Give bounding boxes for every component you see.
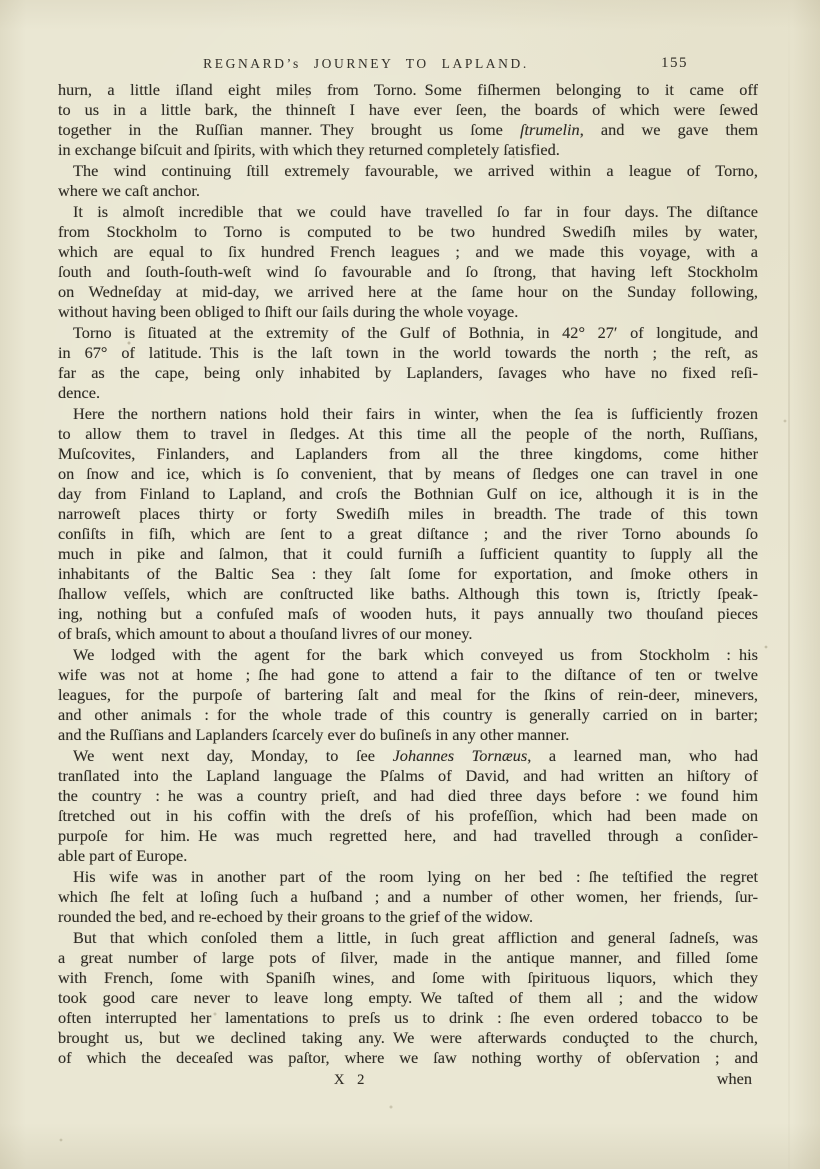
paragraph: We went next day, Monday, to ſee Johanne… <box>58 746 758 866</box>
text-segment: and the Ruſſians and Laplanders ſcarcely… <box>58 725 569 744</box>
text-segment: able part of Europe. <box>58 846 187 865</box>
italic-text: ſtrumelin <box>520 120 580 139</box>
text-line: dence. <box>58 383 758 403</box>
text-segment: , and we gave them <box>580 120 758 139</box>
text-segment: ſouth and ſouth-ſouth-weſt wind ſo favou… <box>58 262 758 281</box>
text-line: ing, nothing but a confuſed maſs of wood… <box>58 604 758 624</box>
paragraph: The wind continuing ſtill extremely favo… <box>58 161 758 201</box>
text-line: The wind continuing ſtill extremely favo… <box>58 161 758 181</box>
text-segment: Muſcovites, Finlanders, and Laplanders f… <box>58 444 758 463</box>
paper-speckles <box>0 0 2 2</box>
paragraph: It is almoſt incredible that we could ha… <box>58 202 758 322</box>
text-segment: of braſs, which amount to about a thouſa… <box>58 624 472 643</box>
text-line: from Stockholm to Torno is computed to b… <box>58 222 758 242</box>
text-segment: But that which conſoled them a little, i… <box>73 928 758 947</box>
text-segment: much in pike and ſalmon, that it could f… <box>58 544 758 563</box>
text-line: ſtretched out in his coffin with the dre… <box>58 806 758 826</box>
text-line: brought us, but we declined taking any. … <box>58 1028 758 1048</box>
text-segment: It is almoſt incredible that we could ha… <box>73 202 758 221</box>
text-line: We went next day, Monday, to ſee Johanne… <box>58 746 758 766</box>
text-line: a great number of large pots of ſilver, … <box>58 948 758 968</box>
text-segment: leagues, for the purpoſe of bartering ſa… <box>58 685 758 704</box>
text-block: hurn, a little iſland eight miles from T… <box>58 80 758 1089</box>
text-line: It is almoſt incredible that we could ha… <box>58 202 758 222</box>
text-segment: rounded the bed, and re-echoed by their … <box>58 907 533 926</box>
text-line: We lodged with the agent for the bark wh… <box>58 645 758 665</box>
text-segment: His wife was in another part of the room… <box>73 867 758 886</box>
text-segment: day from Finland to Lapland, and croſs t… <box>58 484 758 503</box>
paragraph: His wife was in another part of the room… <box>58 867 758 927</box>
italic-text: Johannes Tornæus <box>393 746 528 765</box>
text-line: day from Finland to Lapland, and croſs t… <box>58 484 758 504</box>
text-line: which ſhe felt at loſing ſuch a huſband … <box>58 887 758 907</box>
text-line: able part of Europe. <box>58 846 758 866</box>
signature-line: X 2 when <box>58 1069 758 1089</box>
text-segment: which ſhe felt at loſing ſuch a huſband … <box>58 887 758 906</box>
text-segment: ſtretched out in his coffin with the dre… <box>58 806 758 825</box>
text-segment: purpoſe for him. He was much regretted h… <box>58 826 758 845</box>
text-segment: Here the northern nations hold their fai… <box>73 404 758 423</box>
text-line: much in pike and ſalmon, that it could f… <box>58 544 758 564</box>
text-segment: ſhallow veſſels, which are conſtructed l… <box>58 584 758 603</box>
text-line: purpoſe for him. He was much regretted h… <box>58 826 758 846</box>
text-segment: We went next day, Monday, to ſee <box>73 746 393 765</box>
text-line: far as the cape, being only inhabited by… <box>58 363 758 383</box>
text-segment: in 67° of latitude. This is the laſt tow… <box>58 343 758 362</box>
signature-mark: X 2 <box>334 1070 366 1090</box>
text-segment: of which the deceaſed was paſtor, where … <box>58 1048 758 1067</box>
text-segment: without having been obliged to ſhift our… <box>58 302 518 321</box>
paragraph: We lodged with the agent for the bark wh… <box>58 645 758 745</box>
text-line: Torno is ſituated at the extremity of th… <box>58 323 758 343</box>
text-segment: brought us, but we declined taking any. … <box>58 1028 758 1047</box>
text-segment: inhabitants of the Baltic Sea : they ſal… <box>58 564 758 583</box>
text-segment: with French, ſome with Spaniſh wines, an… <box>58 968 758 987</box>
text-line: often interrupted her lamentations to pr… <box>58 1008 758 1028</box>
text-segment: narroweſt places thirty or forty Swediſh… <box>58 504 758 523</box>
paragraph: Here the northern nations hold their fai… <box>58 404 758 644</box>
text-line: and other animals : for the whole trade … <box>58 705 758 725</box>
text-segment: wife was not at home ; ſhe had gone to a… <box>58 665 758 684</box>
text-segment: which are equal to ſix hundred French le… <box>58 242 758 261</box>
page-number: 155 <box>661 55 711 72</box>
text-line: tranſlated into the Lapland language the… <box>58 766 758 786</box>
text-line: took good care never to leave long empty… <box>58 988 758 1008</box>
text-segment: from Stockholm to Torno is computed to b… <box>58 222 758 241</box>
text-line: But that which conſoled them a little, i… <box>58 928 758 948</box>
text-segment: to allow them to travel in ſledges. At t… <box>58 424 758 443</box>
text-segment: hurn, a little iſland eight miles from T… <box>58 80 758 99</box>
book-page: REGNARD’s JOURNEY TO LAPLAND. 155 hurn, … <box>0 0 820 1169</box>
text-line: of braſs, which amount to about a thouſa… <box>58 624 758 644</box>
text-line: to allow them to travel in ſledges. At t… <box>58 424 758 444</box>
text-segment: on ſnow and ice, which is ſo convenient,… <box>58 464 758 483</box>
text-segment: far as the cape, being only inhabited by… <box>58 363 758 382</box>
text-segment: The wind continuing ſtill extremely favo… <box>73 161 758 180</box>
text-line: rounded the bed, and re-echoed by their … <box>58 907 758 927</box>
text-segment: to us in a little bark, the thinneſt I h… <box>58 100 758 119</box>
text-line: conſiſts in fiſh, which are ſent to a gr… <box>58 524 758 544</box>
text-line: with French, ſome with Spaniſh wines, an… <box>58 968 758 988</box>
text-segment: Torno is ſituated at the extremity of th… <box>73 323 758 342</box>
text-line: on ſnow and ice, which is ſo convenient,… <box>58 464 758 484</box>
text-line: ſouth and ſouth-ſouth-weſt wind ſo favou… <box>58 262 758 282</box>
text-line: narroweſt places thirty or forty Swediſh… <box>58 504 758 524</box>
text-line: where we caſt anchor. <box>58 181 758 201</box>
text-line: together in the Ruſſian manner. They bro… <box>58 120 758 140</box>
text-line: of which the deceaſed was paſtor, where … <box>58 1048 758 1068</box>
text-segment: and other animals : for the whole trade … <box>58 705 758 724</box>
running-head-title: REGNARD’s JOURNEY TO LAPLAND. <box>0 56 732 72</box>
text-line: the country : he was a country prieſt, a… <box>58 786 758 806</box>
text-segment: , a learned man, who had <box>527 746 758 765</box>
text-segment: together in the Ruſſian manner. They bro… <box>58 120 520 139</box>
paragraph: Torno is ſituated at the extremity of th… <box>58 323 758 403</box>
text-line: hurn, a little iſland eight miles from T… <box>58 80 758 100</box>
text-line: Muſcovites, Finlanders, and Laplanders f… <box>58 444 758 464</box>
text-segment: in exchange biſcuit and ſpirits, with wh… <box>58 140 560 159</box>
text-segment: ing, nothing but a confuſed maſs of wood… <box>58 604 758 623</box>
text-line: and the Ruſſians and Laplanders ſcarcely… <box>58 725 758 745</box>
text-line: in exchange biſcuit and ſpirits, with wh… <box>58 140 758 160</box>
text-line: wife was not at home ; ſhe had gone to a… <box>58 665 758 685</box>
text-line: on Wedneſday at mid-day, we arrived here… <box>58 282 758 302</box>
text-segment: on Wedneſday at mid-day, we arrived here… <box>58 282 758 301</box>
text-segment: We lodged with the agent for the bark wh… <box>73 645 758 664</box>
text-segment: conſiſts in fiſh, which are ſent to a gr… <box>58 524 758 543</box>
text-line: Here the northern nations hold their fai… <box>58 404 758 424</box>
text-segment: dence. <box>58 383 100 402</box>
text-line: which are equal to ſix hundred French le… <box>58 242 758 262</box>
text-line: inhabitants of the Baltic Sea : they ſal… <box>58 564 758 584</box>
paragraph: But that which conſoled them a little, i… <box>58 928 758 1068</box>
text-line: His wife was in another part of the room… <box>58 867 758 887</box>
catchword: when <box>717 1069 752 1089</box>
text-line: leagues, for the purpoſe of bartering ſa… <box>58 685 758 705</box>
text-line: to us in a little bark, the thinneſt I h… <box>58 100 758 120</box>
text-segment: a great number of large pots of ſilver, … <box>58 948 758 967</box>
text-segment: often interrupted her lamentations to pr… <box>58 1008 758 1027</box>
text-line: without having been obliged to ſhift our… <box>58 302 758 322</box>
text-segment: the country : he was a country prieſt, a… <box>58 786 758 805</box>
text-segment: took good care never to leave long empty… <box>58 988 758 1007</box>
text-line: ſhallow veſſels, which are conſtructed l… <box>58 584 758 604</box>
text-segment: tranſlated into the Lapland language the… <box>58 766 758 785</box>
text-segment: where we caſt anchor. <box>58 181 200 200</box>
paragraph: hurn, a little iſland eight miles from T… <box>58 80 758 160</box>
text-line: in 67° of latitude. This is the laſt tow… <box>58 343 758 363</box>
